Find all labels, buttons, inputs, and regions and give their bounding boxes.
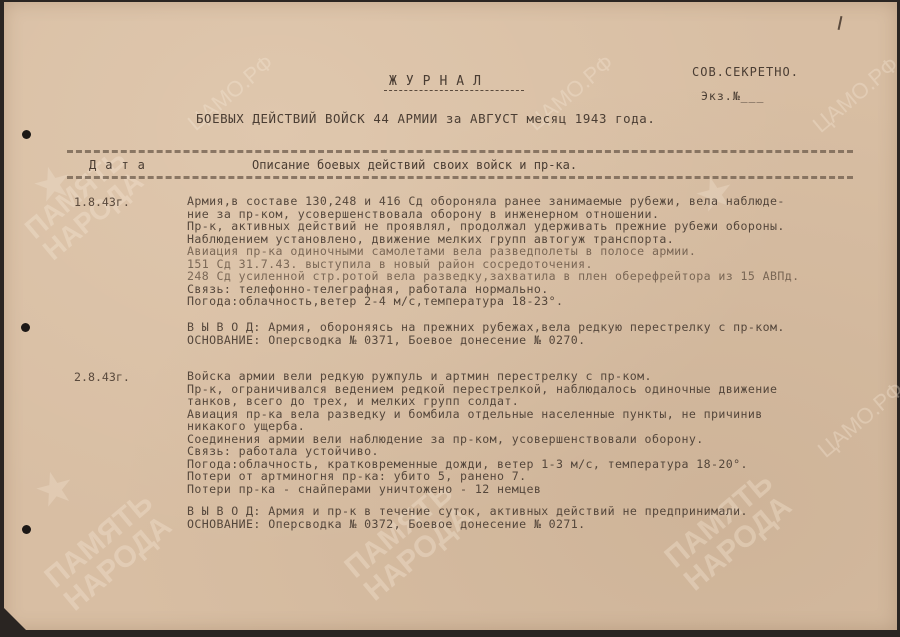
watermark-pamyat-naroda: ПАМЯТЬ НАРОДА: [340, 477, 478, 606]
basis-text: Оперсводка № 0372, Боевое донесение № 02…: [268, 517, 585, 531]
punch-hole: [22, 525, 31, 534]
entry-date: 1.8.43г.: [74, 195, 130, 209]
entry-line: Соединения армии вели наблюдение за пр-к…: [187, 433, 777, 445]
column-header-description: Описание боевых действий своих войск и п…: [252, 158, 577, 172]
column-header-date: Дата: [89, 158, 154, 172]
entry-line: Войска армии вели редкую ружпуль и артми…: [187, 370, 777, 382]
entry-conclusion: В Ы В О Д: Армия, обороняясь на прежних …: [187, 321, 785, 346]
entry-line: Потери пр-ка - снайперами уничтожено - 1…: [187, 483, 777, 495]
document-subtitle: БОЕВЫХ ДЕЙСТВИЙ ВОЙСК 44 АРМИИ за АВГУСТ…: [196, 111, 655, 126]
star-watermark-icon: ★: [25, 443, 81, 524]
entry-line: танков, всего до трех, и мелких групп со…: [187, 395, 777, 407]
punch-hole: [21, 323, 30, 332]
watermark-tsamo: ЦАМО.РФ: [813, 377, 900, 464]
header-rule-top: [67, 150, 853, 153]
entry-line: Авиация пр-ка одиночными самолетами вела…: [187, 245, 800, 257]
classification-stamp: СОВ.СЕКРЕТНО.: [692, 65, 799, 79]
entry-line: 248 Сд усиленной стр.ротой вела разведку…: [187, 270, 800, 282]
punch-hole: [22, 130, 31, 139]
entry-date: 2.8.43г.: [74, 370, 130, 384]
basis-label: ОСНОВАНИЕ:: [187, 517, 261, 531]
entry-line: Связь: работала устойчиво.: [187, 445, 777, 457]
entry-line: 151 Сд 31.7.43. выступила в новый район …: [187, 258, 800, 270]
basis-text: Оперсводка № 0371, Боевое донесение № 02…: [268, 333, 585, 347]
entry-body: Войска армии вели редкую ружпуль и артми…: [187, 370, 777, 495]
entry-line: ние за пр-ком, усовершенствовала оборону…: [187, 208, 800, 220]
entry-line: Пр-к, активных действий не проявлял, про…: [187, 220, 800, 232]
entry-line: Наблюдением установлено, движение мелких…: [187, 233, 800, 245]
entry-line: никакого ущерба.: [187, 420, 777, 432]
pencil-mark: [838, 16, 843, 30]
basis-label: ОСНОВАНИЕ:: [187, 333, 261, 347]
header-rule-bottom: [67, 176, 853, 179]
entry-line: Авиация пр-ка вела разведку и бомбила от…: [187, 408, 777, 420]
title-underline: [384, 90, 524, 91]
entry-line: Армия,в составе 130,248 и 416 Сд обороня…: [187, 195, 800, 207]
document-title: ЖУРНАЛ: [389, 74, 490, 89]
entry-line: Погода:облачность,ветер 2-4 м/с,температ…: [187, 295, 800, 307]
entry-line: Пр-к, ограничивался ведением редкой пере…: [187, 383, 777, 395]
entry-body: Армия,в составе 130,248 и 416 Сд обороня…: [187, 195, 800, 308]
entry-conclusion: В Ы В О Д: Армия и пр-к в течение суток,…: [187, 505, 748, 530]
entry-line: Связь: телефонно-телеграфная, работала н…: [187, 283, 800, 295]
entry-line: Погода:облачность, кратковременные дожди…: [187, 458, 777, 470]
entry-line: Потери от артминогня пр-ка: убито 5, ран…: [187, 470, 777, 482]
watermark-tsamo: ЦАМО.РФ: [808, 52, 900, 139]
copy-number: Экз.№___: [701, 89, 764, 103]
document-page: ПАМЯТЬ НАРОДА ПАМЯТЬ НАРОДА ПАМЯТЬ НАРОД…: [4, 2, 897, 630]
